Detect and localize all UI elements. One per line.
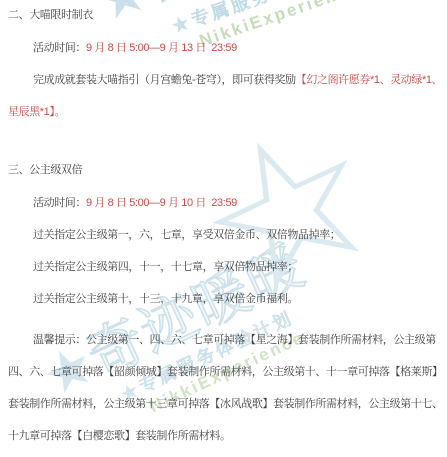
- watermark-brand-text: 奇迹暖暖: [135, 0, 375, 17]
- section-3-heading: 三、公主级双倍: [8, 163, 82, 177]
- watermark-subtitle-text: 专属服务体验计划: [136, 308, 297, 397]
- section-2-time-line: 活动时间：9 月 8 日 5:00—9 月 13 日 23:59: [33, 41, 237, 55]
- section-3-time-line: 活动时间：9 月 8 日 5:00—9 月 10 日 23:59: [33, 196, 237, 210]
- rule-line-1: 过关指定公主级第一，六，七章，享受双倍金币、双倍物品掉率；: [33, 228, 340, 242]
- tips-line-3: 套装制作所需材料，公主级第十三章可掉落【冰风战歌】套装制作所需材料，公主级第十七…: [8, 397, 443, 411]
- star-icon: ★: [88, 0, 156, 34]
- watermark-subtitle-text: 专属服务体验计划: [189, 0, 354, 30]
- time-label: 活动时间：: [33, 197, 86, 209]
- star-icon: ★: [169, 11, 195, 37]
- watermark-subtitle-row: ★专属服务体验计划: [169, 0, 384, 37]
- tips-line-2: 四、六、七章可掉落【韶颜倾城】套装制作所需材料，公主级第十、十一章可掉落【格莱斯…: [8, 365, 443, 379]
- tips-line-1: 温馨提示：公主级第一、四、六、七章可掉落【星之海】套装制作所需材料，公主级第: [33, 333, 436, 347]
- watermark-brand-row: ★奇迹暖暖: [88, 0, 376, 35]
- section-2-body-line-1: 完成成就套装大喵指引（月宫蟾兔-苍穹），即可获得奖励【幻之阁许愿券*1、灵动绿*…: [33, 73, 442, 87]
- body-text: 完成成就套装大喵指引（月宫蟾兔-苍穹），即可获得奖励: [33, 74, 296, 86]
- time-value: 9 月 8 日 5:00—9 月 10 日 23:59: [86, 197, 237, 209]
- reward-text: 【幻之阁许愿券*1、灵动绿*1、: [296, 74, 442, 86]
- tips-line-4: 十九章可掉落【白樱恋歌】套装制作所需材料。: [8, 429, 231, 443]
- announcement-document: ★奇迹暖暖 ★专属服务体验计划 NikkiExperience ☆ ★奇迹暖暖 …: [0, 0, 447, 457]
- time-value: 9 月 8 日 5:00—9 月 13 日 23:59: [86, 42, 237, 54]
- time-label: 活动时间：: [33, 42, 86, 54]
- rule-line-2: 过关指定公主级第四，十一，十七章，享双倍物品掉率；: [33, 260, 298, 274]
- section-2-heading: 二、大喵限时制衣: [8, 8, 93, 22]
- section-2-body-line-2: 星辰黑*1】。: [8, 105, 65, 119]
- watermark-subtitle-row: ★专属服务体验计划: [117, 294, 325, 405]
- rule-line-3: 过关指定公主级第十，十三，十九章，享双倍金币福利。: [33, 292, 298, 306]
- watermark-top: ★奇迹暖暖 ★专属服务体验计划 NikkiExperience: [88, 0, 391, 78]
